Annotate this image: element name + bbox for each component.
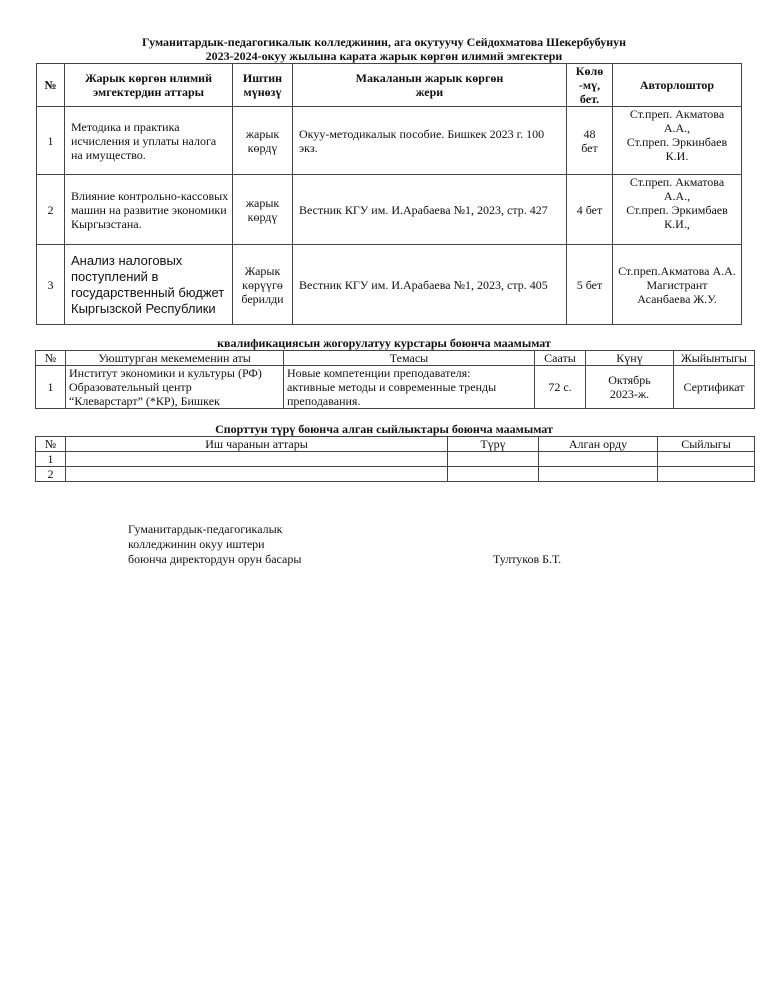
position-line: Гуманитардык-педагогикалык (128, 522, 301, 537)
signature-position: Гуманитардык-педагогикалык колледжинин о… (128, 522, 301, 567)
col-hours: Сааты (535, 351, 586, 366)
col-title: Жарык көргөн илимий эмгектердин аттары (65, 64, 233, 107)
col-topic: Темасы (284, 351, 535, 366)
org-line: Институт экономики и культуры (РФ) (69, 366, 280, 380)
row-place (539, 452, 658, 467)
row-place: Вестник КГУ им. И.Арабаева №1, 2023, стр… (293, 245, 567, 325)
row-date: Октябрь 2023-ж. (586, 366, 674, 409)
col-num: № (36, 351, 66, 366)
row-event (66, 467, 448, 482)
publications-table: № Жарык көргөн илимий эмгектердин аттары… (36, 63, 742, 325)
row-num: 1 (36, 452, 66, 467)
row-award (658, 452, 755, 467)
table-row: 3 Анализ налоговых поступлений в государ… (37, 245, 742, 325)
courses-section-title: квалификациясын жогорулатуу курстары бою… (0, 336, 768, 350)
col-date: Күнү (586, 351, 674, 366)
topic-line: активные методы и современные тренды (287, 380, 531, 394)
row-event (66, 452, 448, 467)
col-org: Уюштурган мекемеменин аты (66, 351, 284, 366)
table-row: 2 Влияние контрольно-кассовых машин на р… (37, 175, 742, 245)
row-authors: Ст.преп. Акматова А.А., Ст.преп. Эркимба… (613, 175, 742, 245)
col-event: Иш чаранын аттары (66, 437, 448, 452)
date-line: 2023-ж. (589, 387, 670, 401)
row-type (448, 452, 539, 467)
row-title: Анализ налоговых поступлений в государст… (65, 245, 233, 325)
col-type: Иштин мүнөзү (233, 64, 293, 107)
table-row: 2 (36, 467, 755, 482)
col-type: Түрү (448, 437, 539, 452)
table-row: 1 (36, 452, 755, 467)
row-authors: Ст.преп.Акматова А.А. Магистрант Асанбае… (613, 245, 742, 325)
col-result: Жыйынтыгы (674, 351, 755, 366)
sports-section-title: Спорттун түрү боюнча алган сыйлыктары бо… (0, 422, 768, 436)
author-line: Ст.преп.Акматова А.А. (616, 264, 738, 278)
col-place: Макаланын жарык көргөн жери (293, 64, 567, 107)
row-type (448, 467, 539, 482)
row-topic: Новые компетенции преподавателя: активны… (284, 366, 535, 409)
row-volume: 5 бет (567, 245, 613, 325)
row-place: Окуу-методикалык пособие. Бишкек 2023 г.… (293, 107, 567, 175)
row-org: Институт экономики и культуры (РФ) Образ… (66, 366, 284, 409)
row-place: Вестник КГУ им. И.Арабаева №1, 2023, стр… (293, 175, 567, 245)
row-type: Жарык көрүүгө берилди (233, 245, 293, 325)
row-hours: 72 с. (535, 366, 586, 409)
courses-table: № Уюштурган мекемеменин аты Темасы Сааты… (35, 350, 755, 409)
row-num: 1 (37, 107, 65, 175)
sports-table: № Иш чаранын аттары Түрү Алган орду Сыйл… (35, 436, 755, 482)
org-line: “Клеварстарт” (*КР), Бишкек (69, 394, 280, 408)
author-line: Ст.преп. Эркимбаев К.И., (616, 203, 738, 231)
row-award (658, 467, 755, 482)
courses-header-row: № Уюштурган мекемеменин аты Темасы Сааты… (36, 351, 755, 366)
row-title: Влияние контрольно-кассовых машин на раз… (65, 175, 233, 245)
position-line: боюнча директордун орун басары (128, 552, 301, 567)
signature-name: Тултуков Б.Т. (493, 552, 561, 567)
table-row: 1 Институт экономики и культуры (РФ) Обр… (36, 366, 755, 409)
document-title-line-2: 2023-2024-окуу жылына карата жарык көргө… (0, 49, 768, 63)
table-row: 1 Методика и практика исчисления и уплат… (37, 107, 742, 175)
row-type: жарык көрдү (233, 107, 293, 175)
row-authors: Ст.преп. Акматова А.А., Ст.преп. Эркинба… (613, 107, 742, 175)
publications-header-row: № Жарык көргөн илимий эмгектердин аттары… (37, 64, 742, 107)
row-num: 2 (36, 467, 66, 482)
date-line: Октябрь (589, 373, 670, 387)
row-result: Сертификат (674, 366, 755, 409)
document-title-line-1: Гуманитардык-педагогикалык колледжинин, … (0, 35, 768, 49)
row-place (539, 467, 658, 482)
row-volume: 48 бет (567, 107, 613, 175)
row-volume: 4 бет (567, 175, 613, 245)
col-place: Алган орду (539, 437, 658, 452)
col-num: № (37, 64, 65, 107)
position-line: колледжинин окуу иштери (128, 537, 301, 552)
col-award: Сыйлыгы (658, 437, 755, 452)
col-volume: Көлө -мү, бет. (567, 64, 613, 107)
col-num: № (36, 437, 66, 452)
author-line: Ст.преп. Эркинбаев К.И. (616, 135, 738, 163)
sports-header-row: № Иш чаранын аттары Түрү Алган орду Сыйл… (36, 437, 755, 452)
row-num: 1 (36, 366, 66, 409)
topic-line: преподавания. (287, 394, 531, 408)
topic-line: Новые компетенции преподавателя: (287, 366, 531, 380)
author-line: Ст.преп. Акматова А.А., (616, 175, 738, 203)
row-type: жарык көрдү (233, 175, 293, 245)
row-title: Методика и практика исчисления и уплаты … (65, 107, 233, 175)
author-line: Ст.преп. Акматова А.А., (616, 107, 738, 135)
org-line: Образовательный центр (69, 380, 280, 394)
row-num: 2 (37, 175, 65, 245)
col-authors: Авторлоштор (613, 64, 742, 107)
row-num: 3 (37, 245, 65, 325)
author-line: Асанбаева Ж.У. (616, 292, 738, 306)
author-line: Магистрант (616, 278, 738, 292)
